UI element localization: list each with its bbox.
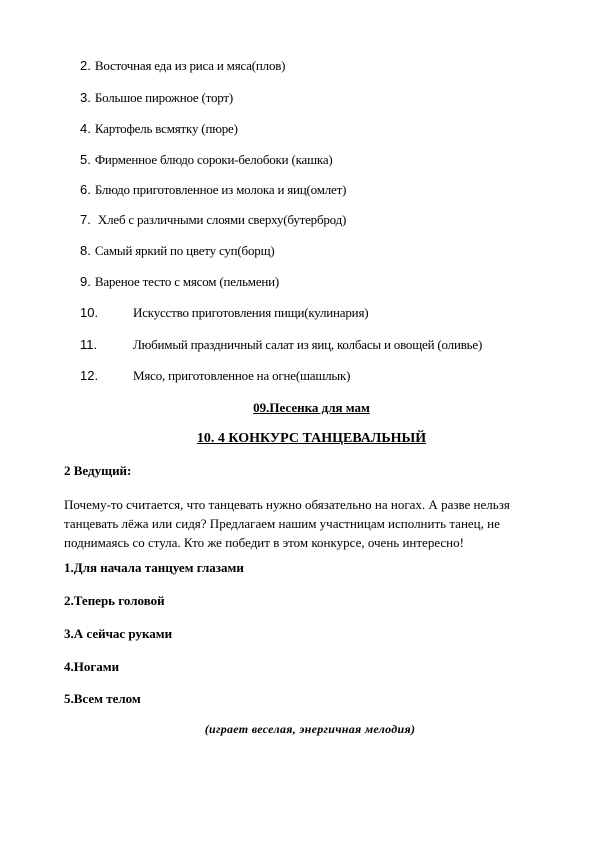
list-item: 11.Любимый праздничный салат из яиц, кол… xyxy=(80,337,482,353)
step-item: 1.Для начала танцуем глазами xyxy=(64,560,244,576)
list-item: 5.Фирменное блюдо сороки-белобоки (кашка… xyxy=(80,152,333,168)
item-number: 8. xyxy=(80,243,91,258)
item-number: 9. xyxy=(80,274,91,289)
list-item: 10.Искусство приготовления пищи(кулинари… xyxy=(80,305,368,321)
list-item: 7. Хлеб с различными слоями сверху(бутер… xyxy=(80,212,346,228)
item-number: 4. xyxy=(80,121,91,136)
list-item: 4.Картофель всмятку (пюре) xyxy=(80,121,238,137)
section-heading-contest: 10. 4 КОНКУРС ТАНЦЕВАЛЬНЫЙ xyxy=(0,431,595,447)
item-number: 2. xyxy=(80,58,91,73)
item-text: Мясо, приготовленное на огне(шашлык) xyxy=(133,368,350,383)
item-number: 5. xyxy=(80,152,91,167)
step-item: 5.Всем телом xyxy=(64,691,141,707)
item-text: Блюдо приготовленное из молока и яиц(омл… xyxy=(95,182,346,197)
item-number: 10. xyxy=(80,305,133,321)
item-number: 7. xyxy=(80,212,91,227)
step-item: 2.Теперь головой xyxy=(64,593,165,609)
item-text: Искусство приготовления пищи(кулинария) xyxy=(133,305,368,320)
host-label: 2 Ведущий: xyxy=(64,463,131,479)
host-paragraph: Почему-то считается, что танцевать нужно… xyxy=(64,495,544,552)
list-item: 2.Восточная еда из риса и мяса(плов) xyxy=(80,58,285,74)
item-number: 12. xyxy=(80,368,133,384)
step-item: 4.Ногами xyxy=(64,659,119,675)
item-text: Картофель всмятку (пюре) xyxy=(95,121,238,136)
item-text: Любимый праздничный салат из яиц, колбас… xyxy=(133,337,482,352)
list-item: 9.Вареное тесто с мясом (пельмени) xyxy=(80,274,279,290)
item-text: Восточная еда из риса и мяса(плов) xyxy=(95,58,285,73)
item-text: Фирменное блюдо сороки-белобоки (кашка) xyxy=(95,152,333,167)
item-text: Вареное тесто с мясом (пельмени) xyxy=(95,274,279,289)
list-item: 6.Блюдо приготовленное из молока и яиц(о… xyxy=(80,182,346,198)
item-number: 3. xyxy=(80,90,91,105)
stage-direction: (играет веселая, энергичная мелодия) xyxy=(0,722,595,737)
list-item: 8.Самый яркий по цвету суп(борщ) xyxy=(80,243,275,259)
step-item: 3.А сейчас руками xyxy=(64,626,172,642)
item-text: Хлеб с различными слоями сверху(бутербро… xyxy=(95,212,346,227)
section-heading-song: 09.Песенка для мам xyxy=(0,400,595,416)
item-number: 11. xyxy=(80,337,133,353)
item-text: Большое пирожное (торт) xyxy=(95,90,233,105)
item-text: Самый яркий по цвету суп(борщ) xyxy=(95,243,275,258)
item-number: 6. xyxy=(80,182,91,197)
list-item: 12.Мясо, приготовленное на огне(шашлык) xyxy=(80,368,350,384)
list-item: 3.Большое пирожное (торт) xyxy=(80,90,233,106)
